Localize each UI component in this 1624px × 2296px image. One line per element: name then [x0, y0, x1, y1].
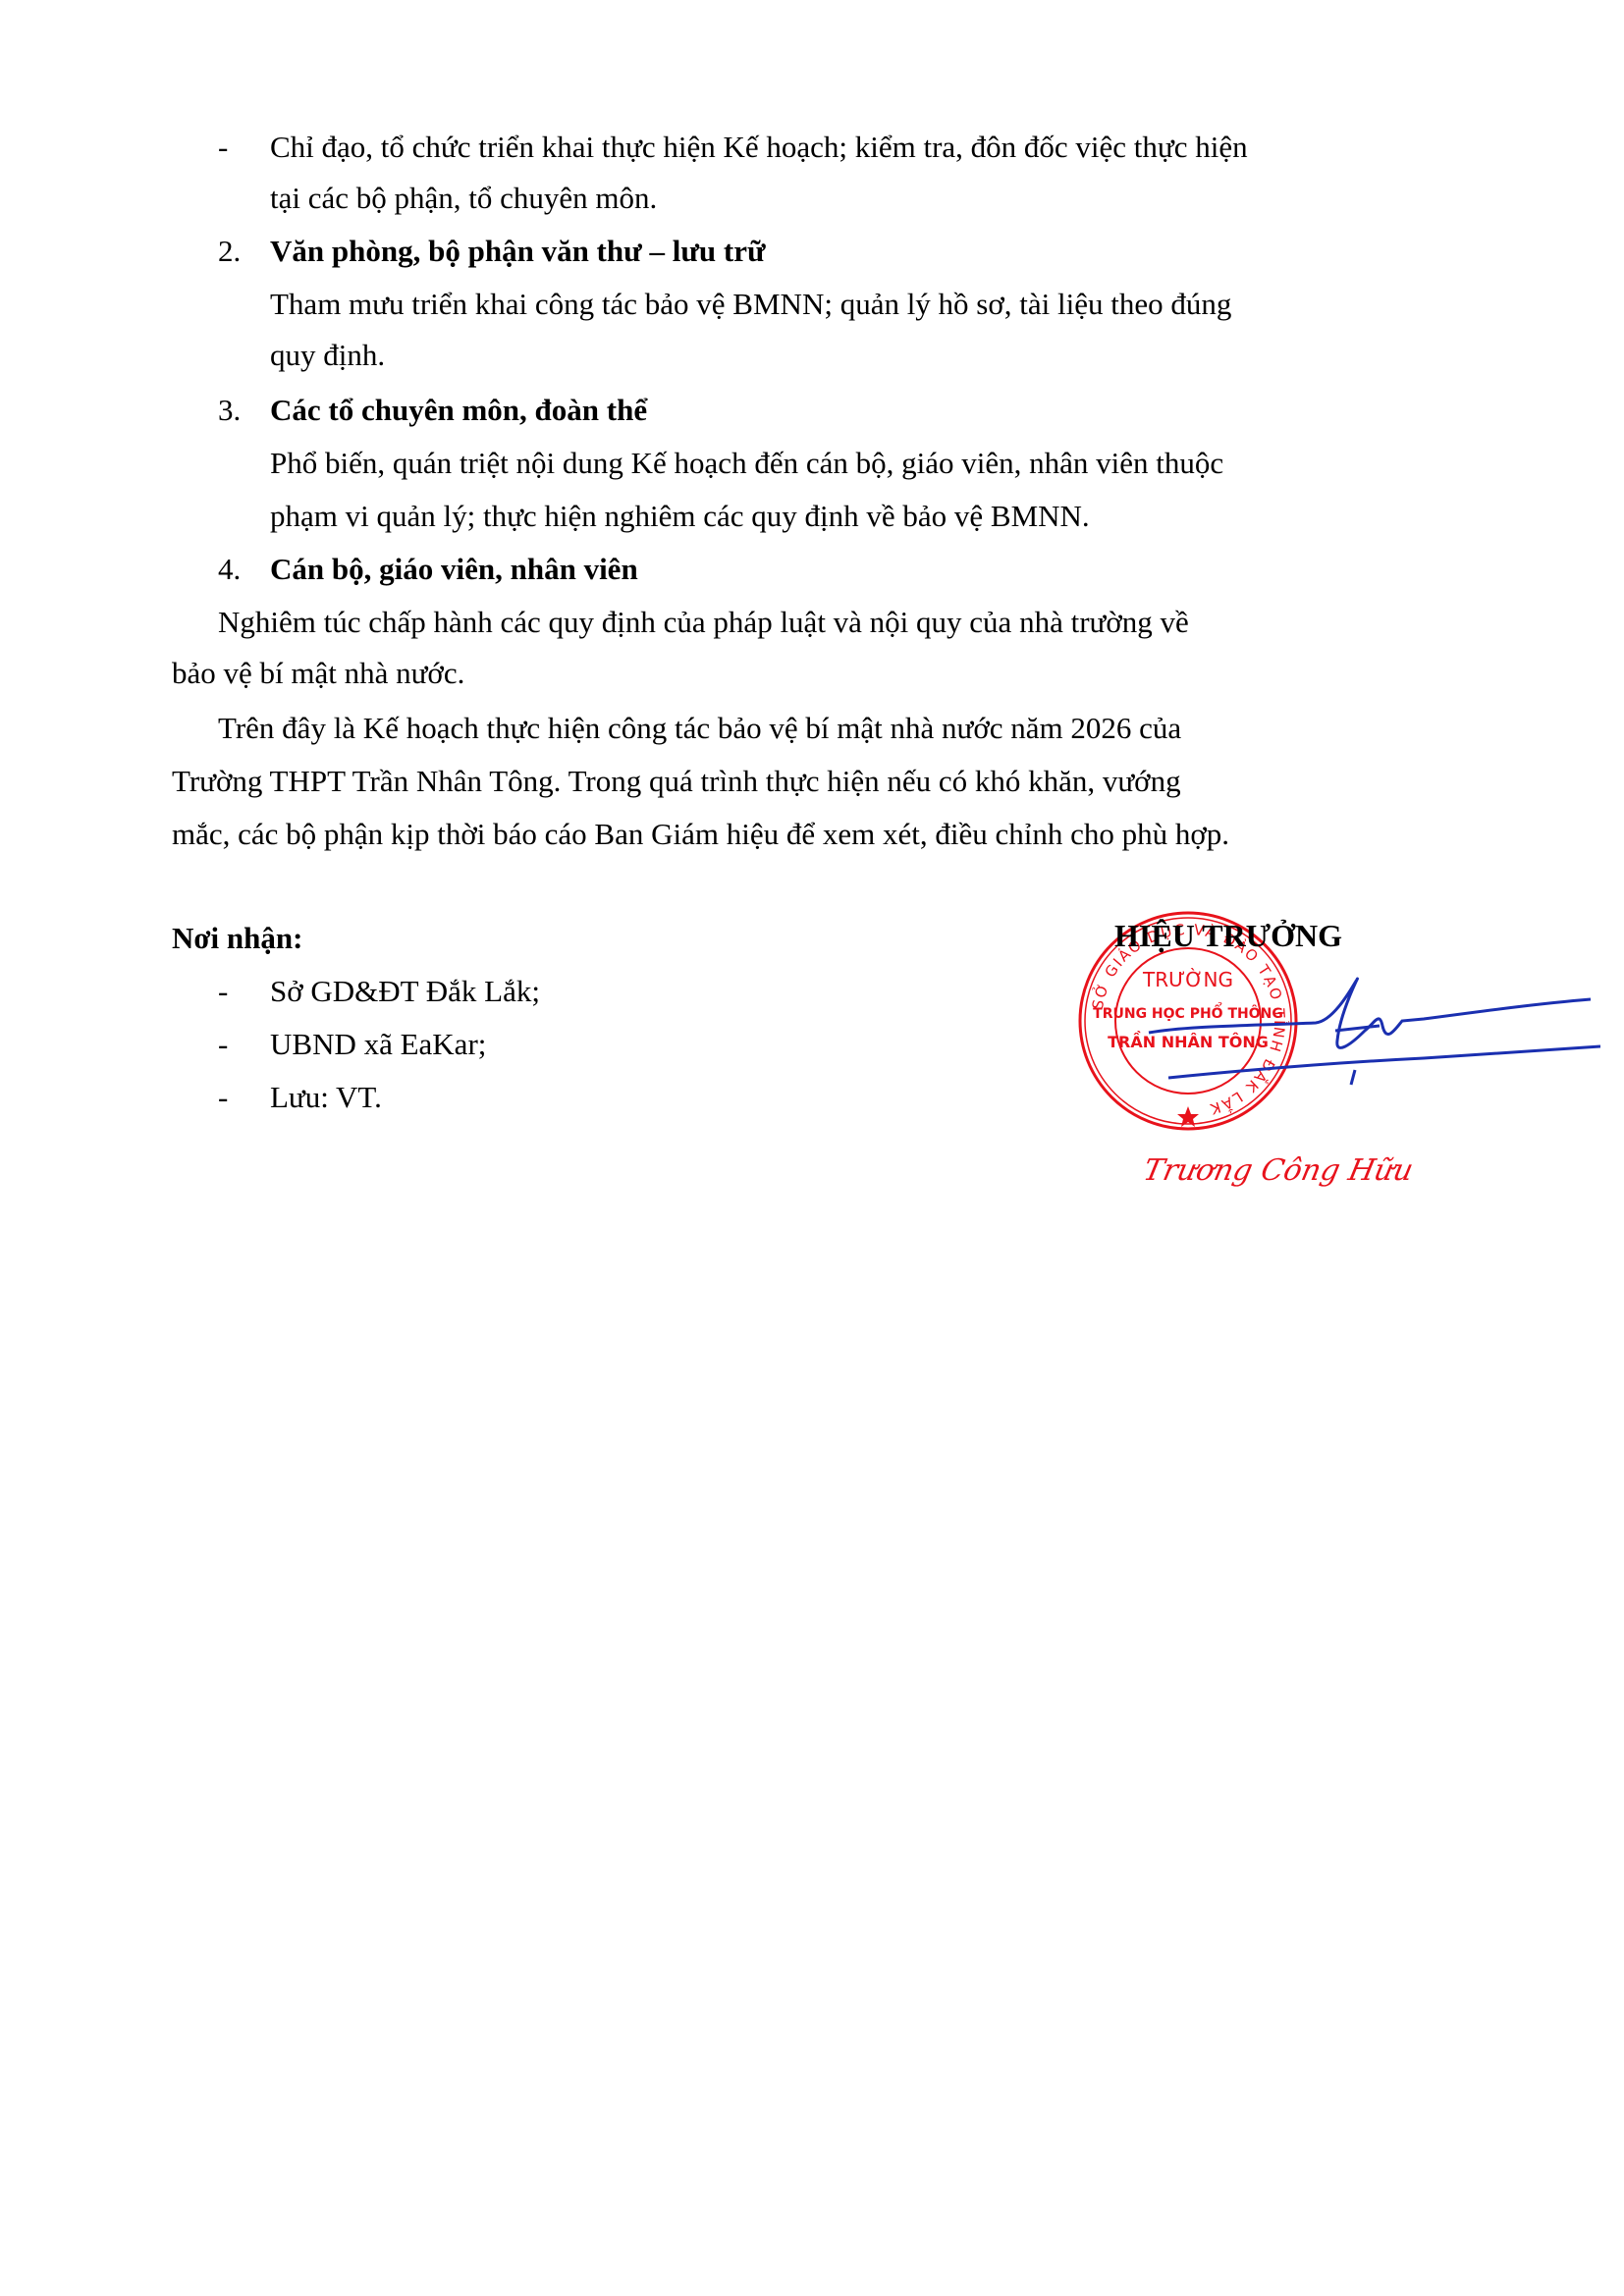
bullet-marker: -: [218, 128, 228, 167]
closing-line-1: Trên đây là Kế hoạch thực hiện công tác …: [218, 709, 1181, 748]
recipient-item: Lưu: VT.: [270, 1078, 382, 1117]
section-2-line-1: Tham mưu triển khai công tác bảo vệ BMNN…: [270, 285, 1231, 324]
closing-line-3: mắc, các bộ phận kịp thời báo cáo Ban Gi…: [172, 815, 1229, 854]
section-3-heading: Các tổ chuyên môn, đoàn thể: [270, 391, 647, 430]
recipient-item: UBND xã EaKar;: [270, 1025, 486, 1064]
section-2-number: 2.: [218, 232, 241, 271]
recipient-marker: -: [218, 1025, 228, 1064]
handwritten-signature: [1129, 972, 1600, 1109]
section-3-line-2: phạm vi quản lý; thực hiện nghiêm các qu…: [270, 497, 1090, 536]
recipient-item: Sở GD&ĐT Đắk Lắk;: [270, 972, 540, 1011]
section-4-line-2: bảo vệ bí mật nhà nước.: [172, 654, 464, 693]
closing-line-2: Trường THPT Trần Nhân Tông. Trong quá tr…: [172, 762, 1181, 801]
recipients-title: Nơi nhận:: [172, 919, 302, 958]
leadership-line-1: Chỉ đạo, tổ chức triển khai thực hiện Kế…: [270, 128, 1248, 167]
section-4-heading: Cán bộ, giáo viên, nhân viên: [270, 550, 638, 589]
recipient-marker: -: [218, 972, 228, 1011]
section-4-number: 4.: [218, 550, 241, 589]
section-2-line-2: quy định.: [270, 336, 385, 375]
leadership-line-2: tại các bộ phận, tổ chuyên môn.: [270, 179, 657, 218]
signer-name: Trương Công Hữu: [1140, 1153, 1416, 1188]
section-4-line-1: Nghiêm túc chấp hành các quy định của ph…: [218, 603, 1189, 642]
section-3-number: 3.: [218, 391, 241, 430]
signer-title: HIỆU TRƯỞNG: [1114, 918, 1342, 954]
section-2-heading: Văn phòng, bộ phận văn thư – lưu trữ: [270, 232, 766, 271]
section-3-line-1: Phổ biến, quán triệt nội dung Kế hoạch đ…: [270, 444, 1223, 483]
recipient-marker: -: [218, 1078, 228, 1117]
